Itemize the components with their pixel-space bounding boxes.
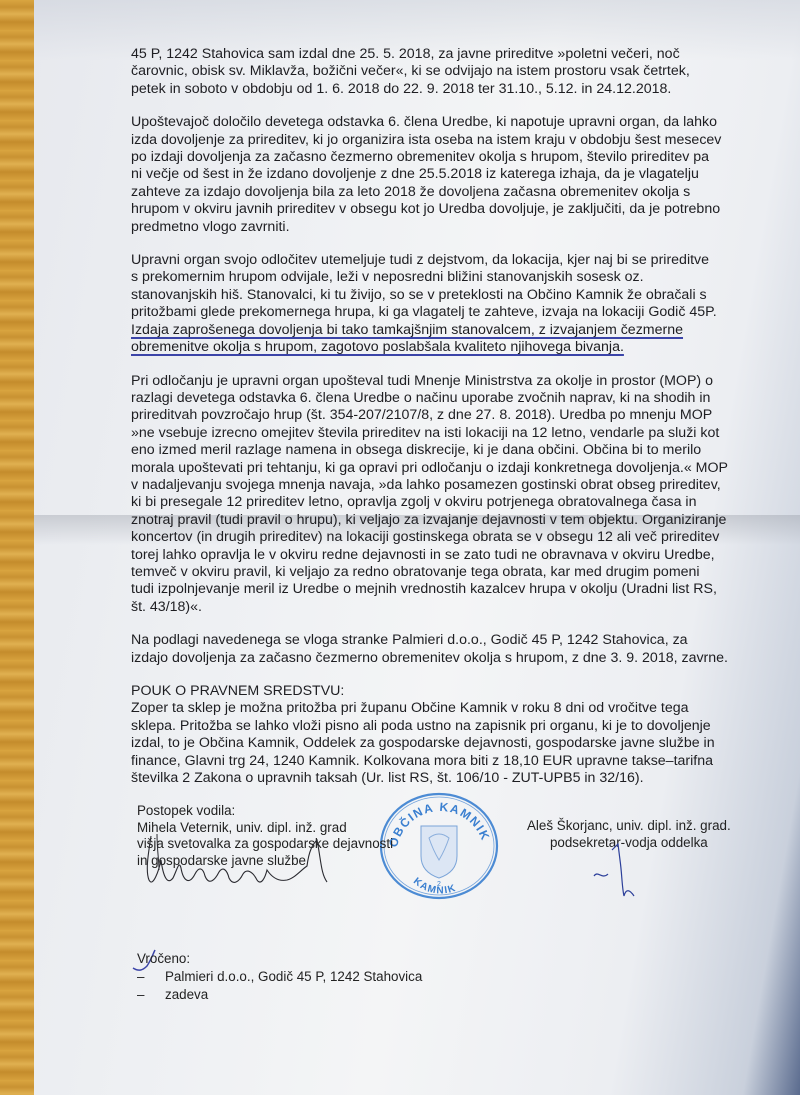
paragraph-sklep: Na podlagi navedenega se vloga stranke P… [131, 632, 761, 667]
text-line: hrupom v okviru javnih prireditev v obse… [131, 201, 761, 218]
text-line: 45 P, 1242 Stahovica sam izdal dne 25. 5… [131, 46, 761, 63]
text-line: ki bi presegale 12 prireditev letno, opr… [131, 494, 761, 511]
legal-remedy-heading: POUK O PRAVNEM SREDSTVU: [131, 683, 761, 700]
svg-text:KAMNIK: KAMNIK [411, 876, 458, 897]
text-line: torej lahko opravlja le v okviru redne d… [131, 547, 761, 564]
delivered-to: Vročeno: – Palmieri d.o.o., Godič 45 P, … [137, 950, 422, 1004]
document-body: 45 P, 1242 Stahovica sam izdal dne 25. 5… [131, 46, 761, 803]
text-line: znotraj pravil (tudi pravil o hrupu), ki… [131, 512, 761, 529]
text-line: ni večje od šest in že izdano dovoljenje… [131, 166, 761, 183]
text-line: koncertov (in drugih prireditev) na loka… [131, 529, 761, 546]
text-line: stanovanjskih hiš. Stanovalci, ki tu živ… [131, 287, 761, 304]
legal-remedy: POUK O PRAVNEM SREDSTVU:Zoper ta sklep j… [131, 683, 761, 787]
text-line: zahteve za izdajo dovoljenja bila za let… [131, 184, 761, 201]
text-line: sklepa. Pritožba se lahko vloži pisno al… [131, 718, 761, 735]
list-dash: – [137, 986, 165, 1004]
text-line: petek in soboto v obdobju od 1. 6. 2018 … [131, 81, 761, 98]
text-line: razlagi devetega odstavka 6. člena Uredb… [131, 390, 761, 407]
text-line: eno izmed meril razlage namena in obsega… [131, 442, 761, 459]
text-line: predmetno vlogo zavrniti. [131, 219, 761, 236]
delivered-item-text: Palmieri d.o.o., Godič 45 P, 1242 Stahov… [165, 968, 422, 986]
text-line: morala upoštevati pri tehtanju, ki ga op… [131, 460, 761, 477]
text-line: Na podlagi navedenega se vloga stranke P… [131, 632, 761, 649]
signatory-left-label: Postopek vodila: [137, 803, 393, 820]
text-line: temveč v okviru pravil, ki veljajo za re… [131, 564, 761, 581]
handwritten-initials-icon [590, 840, 650, 900]
text-line: št. 43/18)«. [131, 599, 761, 616]
list-dash: – [137, 968, 165, 986]
paragraph-intro: 45 P, 1242 Stahovica sam izdal dne 25. 5… [131, 46, 761, 98]
municipal-stamp-icon: OBČINA KAMNIK KAMNIK 2 [377, 790, 501, 900]
text-line: finance, Glavni trg 24, 1240 Kamnik. Kol… [131, 753, 761, 770]
text-line: Upoštevajoč določilo devetega odstavka 6… [131, 114, 761, 131]
delivered-item: – Palmieri d.o.o., Godič 45 P, 1242 Stah… [137, 968, 422, 986]
text-line: Zoper ta sklep je možna pritožba pri žup… [131, 700, 761, 717]
delivered-item: – zadeva [137, 986, 422, 1004]
text-line: prireditvah povzročajo hrup (št. 354-207… [131, 407, 761, 424]
svg-text:2: 2 [437, 881, 441, 888]
paragraph-utemeljitev: Upravni organ svojo odločitev utemeljuje… [131, 252, 761, 356]
delivered-item-text: zadeva [165, 986, 208, 1004]
text-line: obremenitve okolja s hrupom, zagotovo po… [131, 339, 761, 356]
text-line: tudi izpolnjevanje meril iz Uredbe o mej… [131, 581, 761, 598]
paragraph-mop: Pri odločanju je upravni organ upošteval… [131, 373, 761, 617]
text-line: v nadaljevanju svojega mnenja navaja, »d… [131, 477, 761, 494]
text-line: številka 2 Zakona o upravnih taksah (Ur.… [131, 770, 761, 787]
text-line: s prekomernim hrupom odvijale, leži v ne… [131, 269, 761, 286]
text-line: izda dovoljenje za prireditev, ki jo org… [131, 132, 761, 149]
text-line: »ne vsebuje izrecno omejitev števila pri… [131, 425, 761, 442]
text-line: pritožbami glede prekomernega hrupa, ki … [131, 304, 761, 321]
paragraph-upostevajoc: Upoštevajoč določilo devetega odstavka 6… [131, 114, 761, 236]
text-line: izdajo dovoljenja za začasno čezmerno ob… [131, 650, 761, 667]
text-line: čarovnic, obisk sv. Miklavža, božični ve… [131, 63, 761, 80]
text-line: Pri odločanju je upravni organ upošteval… [131, 373, 761, 390]
text-line: Upravni organ svojo odločitev utemeljuje… [131, 252, 761, 269]
handwritten-signature-icon [137, 830, 337, 890]
text-line: po izdaji dovoljenja za začasno čezmerno… [131, 149, 761, 166]
delivered-label: Vročeno: [137, 950, 422, 968]
text-line: Izdaja zaprošenega dovoljenja bi tako ta… [131, 322, 761, 339]
text-line: izdal, to je Občina Kamnik, Oddelek za g… [131, 735, 761, 752]
signatory-right-name: Aleš Škorjanc, univ. dipl. inž. grad. [527, 818, 731, 835]
